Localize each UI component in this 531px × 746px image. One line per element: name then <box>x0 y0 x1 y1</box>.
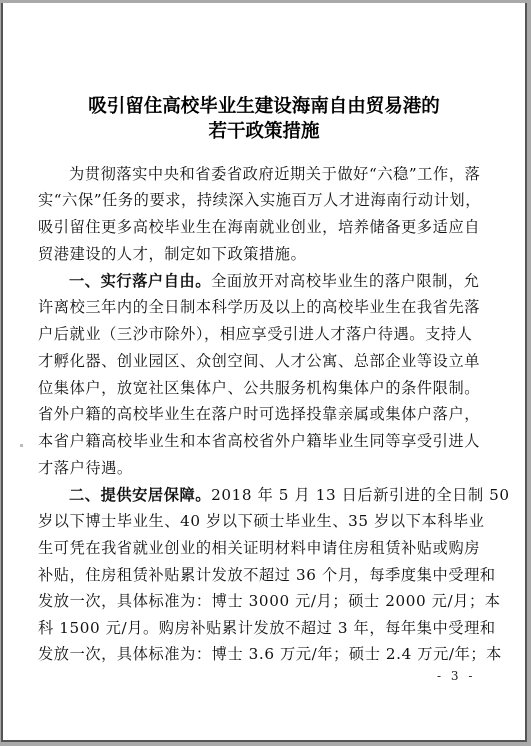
paragraph-line: 位集体户，放宽社区集体户、公共服务机构集体户的条件限制。 <box>38 378 438 398</box>
paragraph-line: 生可凭在我省就业创业的相关证明材料申请住房租赁补贴或购房 <box>38 538 438 558</box>
section-1-first-line: 一、实行落户自由。全面放开对高校毕业生的落户限制，允 <box>69 271 469 291</box>
section-2-heading: 二、提供安居保障。 <box>69 486 211 504</box>
paragraph-line: 户后就业（三沙市除外），相应享受引进人才落户待遇。支持人 <box>38 324 438 344</box>
paragraph-line: 实“六保”任务的要求，持续深入实施百万人才进海南行动计划， <box>38 190 438 210</box>
paragraph-line: 岁以下博士毕业生、40 岁以下硕士毕业生、35 岁以下本科毕业 <box>38 511 438 531</box>
paragraph-line: 许离校三年内的全日制本科学历及以上的高校毕业生在我省先落 <box>38 297 438 317</box>
paragraph-line: 才孵化器、创业园区、众创空间、人才公寓、总部企业等设立单 <box>38 351 438 371</box>
document-title-line-2: 若干政策措施 <box>3 117 525 143</box>
paragraph-line: 补贴，住房租赁补贴累计发放不超过 36 个月，每季度集中受理和 <box>38 565 438 585</box>
document-page: 吸引留住高校毕业生建设海南自由贸易港的 若干政策措施 为贯彻落实中央和省委省政府… <box>1 3 527 742</box>
scan-speck <box>20 444 23 447</box>
paragraph-line: 才落户待遇。 <box>38 458 438 478</box>
paragraph-line: 吸引留住更多高校毕业生在海南就业创业，培养储备更多适应自 <box>38 217 438 237</box>
section-2-first-line: 二、提供安居保障。2018 年 5 月 13 日后新引进的全日制 50 <box>69 485 469 505</box>
section-1-heading: 一、实行落户自由。 <box>69 272 211 290</box>
page-number: - 3 - <box>437 669 475 683</box>
paragraph-line: 发放一次，具体标准为：博士 3000 元/月；硕士 2000 元/月；本 <box>38 591 438 611</box>
section-1-text: 全面放开对高校毕业生的落户限制，允 <box>211 272 479 290</box>
document-title-line-1: 吸引留住高校毕业生建设海南自由贸易港的 <box>3 92 525 118</box>
section-2-text: 2018 年 5 月 13 日后新引进的全日制 50 <box>211 486 510 504</box>
paragraph-line: 贸港建设的人才，制定如下政策措施。 <box>38 244 438 264</box>
paragraph-line: 为贯彻落实中央和省委省政府近期关于做好“六稳”工作，落 <box>69 164 469 184</box>
paragraph-line: 发放一次，具体标准为：博士 3.6 万元/年；硕士 2.4 万元/年；本 <box>38 644 438 664</box>
paragraph-line: 科 1500 元/月。购房补贴累计发放不超过 3 年，每年集中受理和 <box>38 618 438 638</box>
paragraph-line: 省外户籍的高校毕业生在落户时可选择投靠亲属或集体户落户， <box>38 404 438 424</box>
paragraph-line: 本省户籍高校毕业生和本省高校省外户籍毕业生同等享受引进人 <box>38 431 438 451</box>
